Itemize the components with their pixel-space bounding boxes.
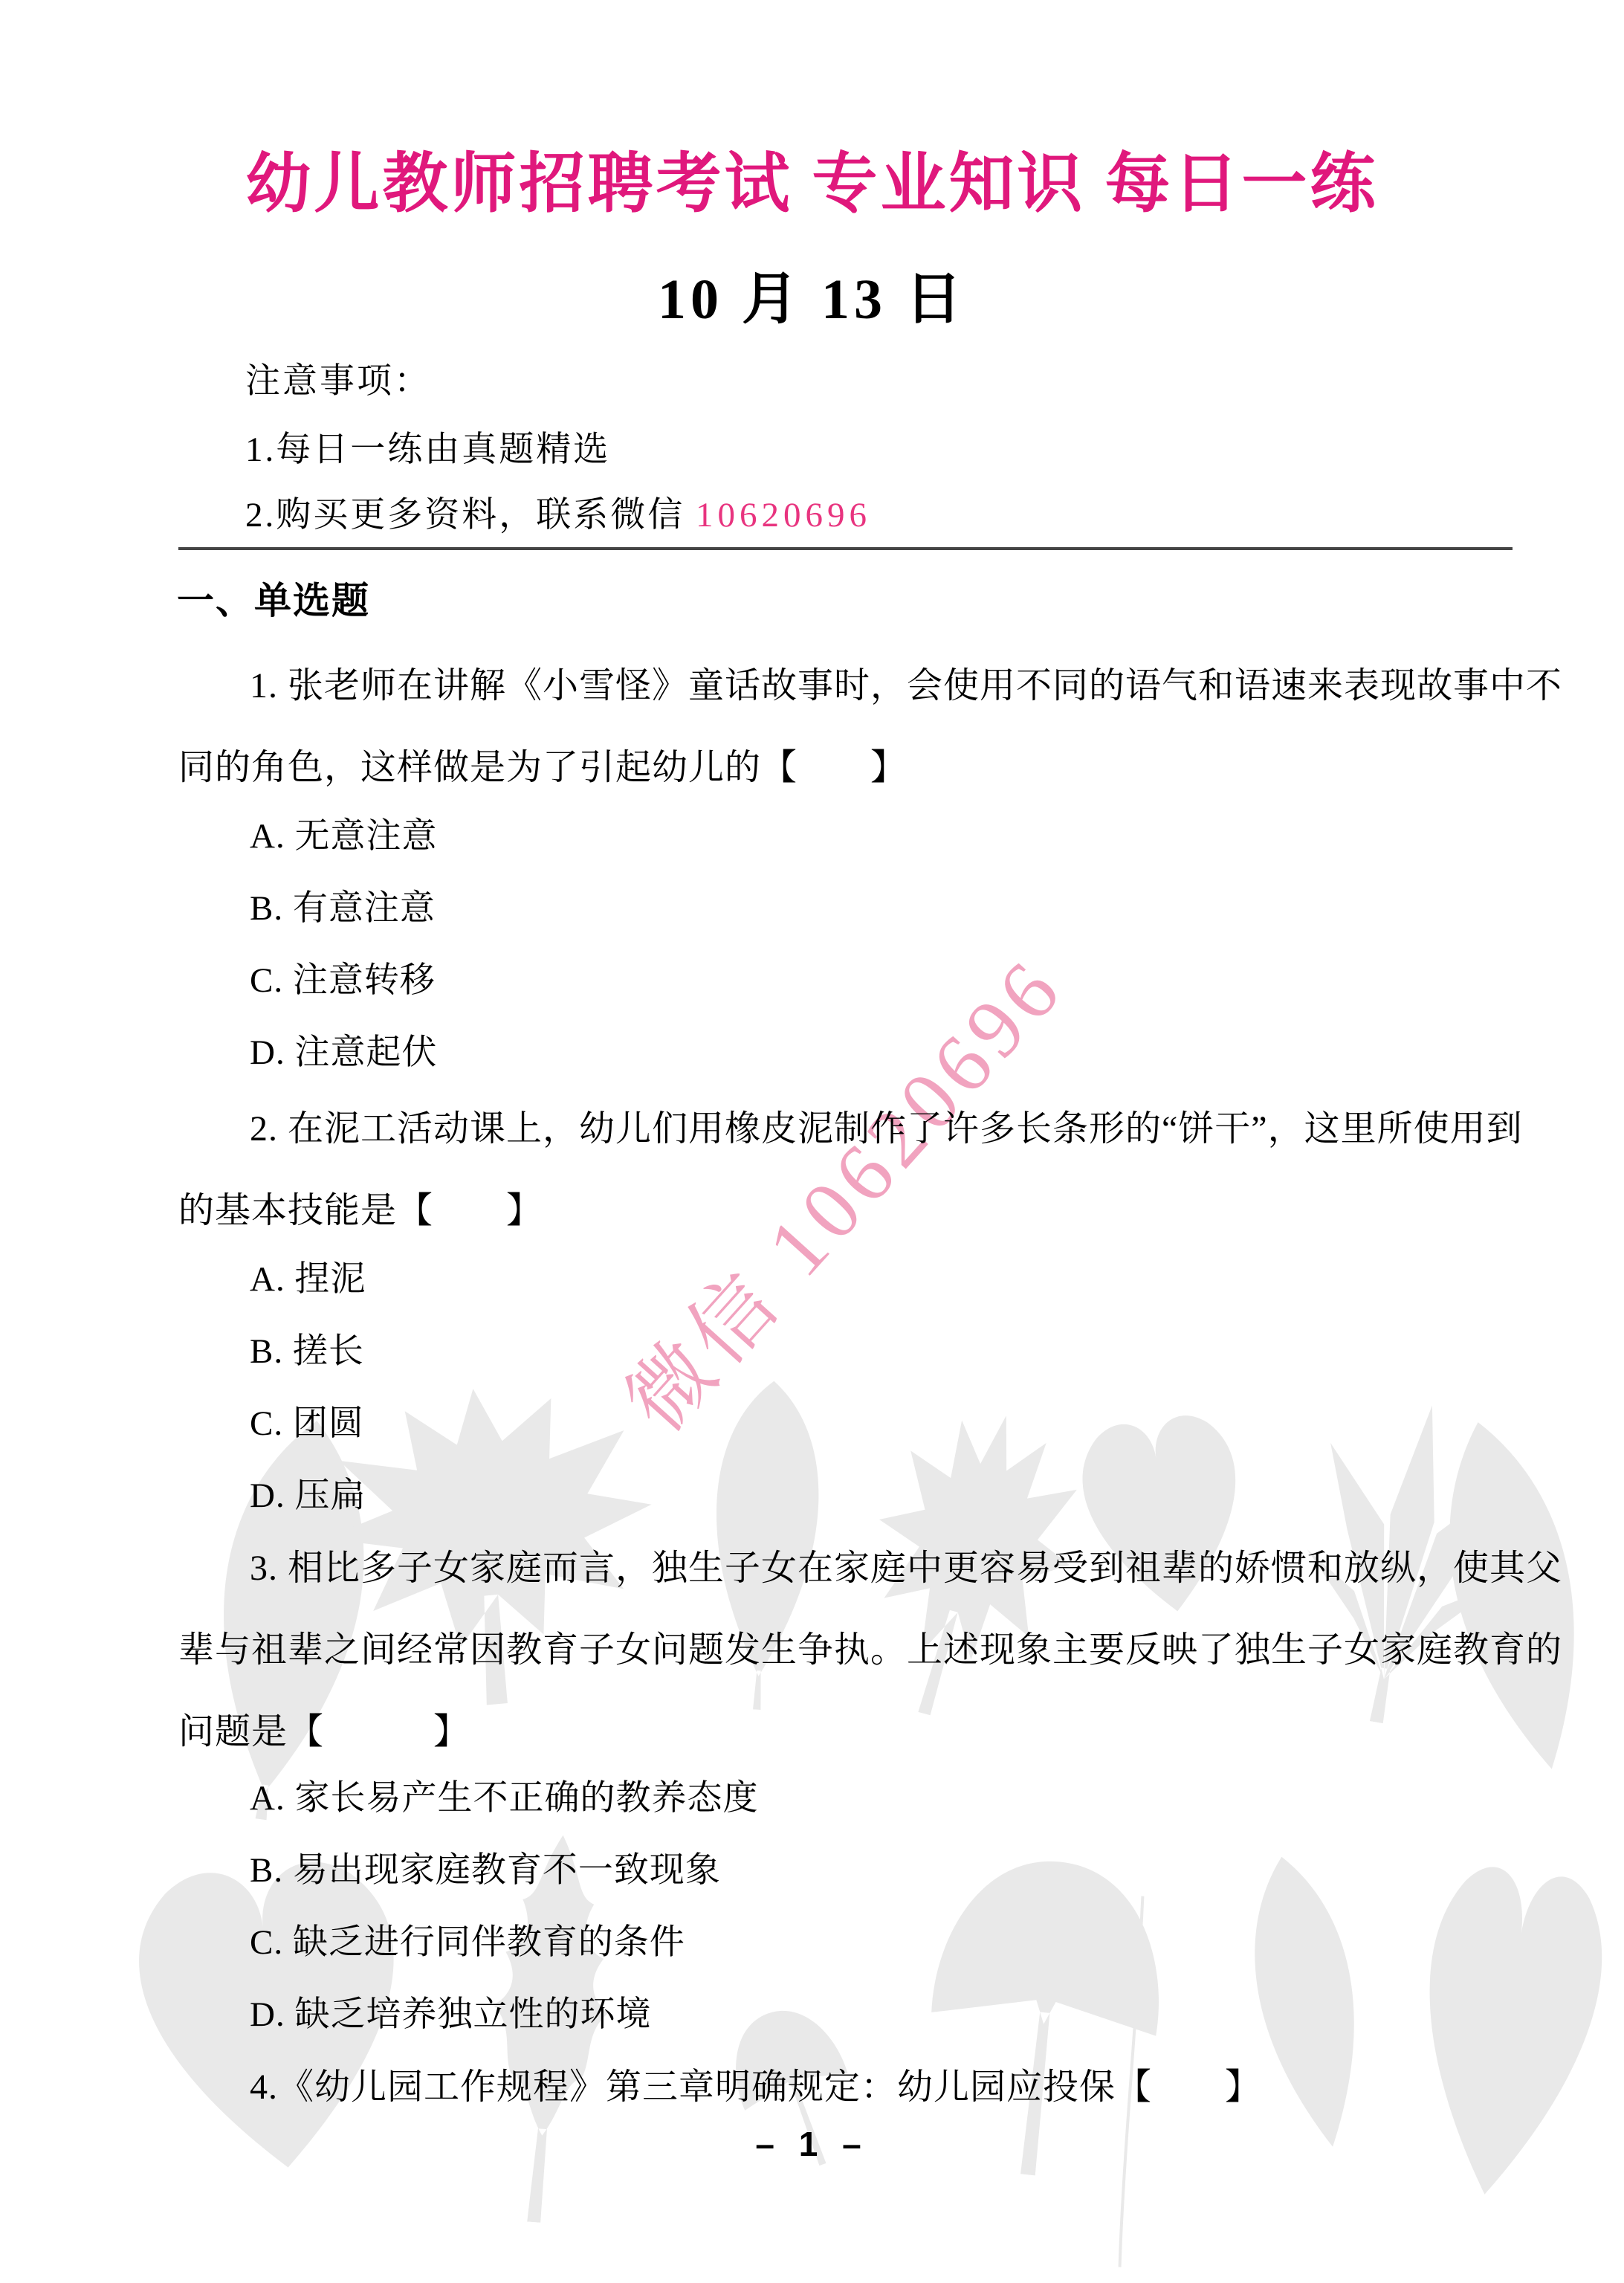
note-item-2: 2.购买更多资料，联系微信 10620696 [245,495,871,535]
question-3-line-2: 辈与祖辈之间经常因教育子女问题发生争执。上述现象主要反映了独生子女家庭教育的 [178,1630,1562,1670]
question-1-line-1: 1. 张老师在讲解《小雪怪》童话故事时，会使用不同的语气和语速来表现故事中不 [250,665,1562,706]
question-1-option-d: D. 注意起伏 [250,1033,437,1073]
question-3-line-3: 问题是【 】 [178,1711,470,1752]
question-2-option-a: A. 捏泥 [250,1259,366,1299]
page-title: 幼儿教师招聘考试 专业知识 每日一练 [0,147,1624,222]
cordate-leaf-icon [1371,1808,1624,2236]
note-item-1: 1.每日一练由真题精选 [245,430,610,470]
question-3-line-1: 3. 相比多子女家庭而言，独生子女在家庭中更容易受到祖辈的娇惯和放纵，使其父 [250,1548,1562,1589]
divider-rule [178,547,1513,550]
question-2-option-c: C. 团圆 [250,1404,364,1444]
question-2-option-b: B. 搓长 [250,1331,364,1372]
question-4-line-1: 4.《幼儿园工作规程》第三章明确规定：幼儿园应投保【 】 [250,2067,1261,2108]
question-3-option-d: D. 缺乏培养独立性的环境 [250,1995,651,2035]
page-date: 10 月 13 日 [0,268,1624,332]
question-3-option-c: C. 缺乏进行同伴教育的条件 [250,1922,685,1963]
question-1-option-a: A. 无意注意 [250,816,437,856]
section-heading: 一、单选题 [177,580,370,623]
notes-heading: 注意事项： [245,361,431,401]
cordate-leaf-icon [1047,1378,1279,1641]
ovate-leaf-icon [1366,1386,1624,1818]
exam-document-page: 微信 10620696 幼儿教师招聘考试 专业知识 每日一练 10 月 13 日… [0,0,1624,2283]
question-2-option-d: D. 压扁 [250,1476,366,1516]
question-3-option-a: A. 家长易产生不正确的教养态度 [250,1778,758,1818]
question-1-line-2: 同的角色，这样做是为了引起幼儿的【 】 [178,747,907,788]
question-3-option-b: B. 易出现家庭教育不一致现象 [250,1850,721,1890]
question-2-line-1: 2. 在泥工活动课上，幼儿们用橡皮泥制作了许多长条形的“饼干”，这里所使用到 [250,1108,1523,1149]
page-number: – 1 – [0,2125,1624,2164]
wechat-number: 10620696 [696,496,871,535]
question-1-option-c: C. 注意转移 [250,960,436,1001]
question-1-option-b: B. 有意注意 [250,888,436,929]
question-2-line-2: 的基本技能是【 】 [178,1190,543,1231]
note-item-2-label: 2.购买更多资料，联系微信 [245,496,696,535]
